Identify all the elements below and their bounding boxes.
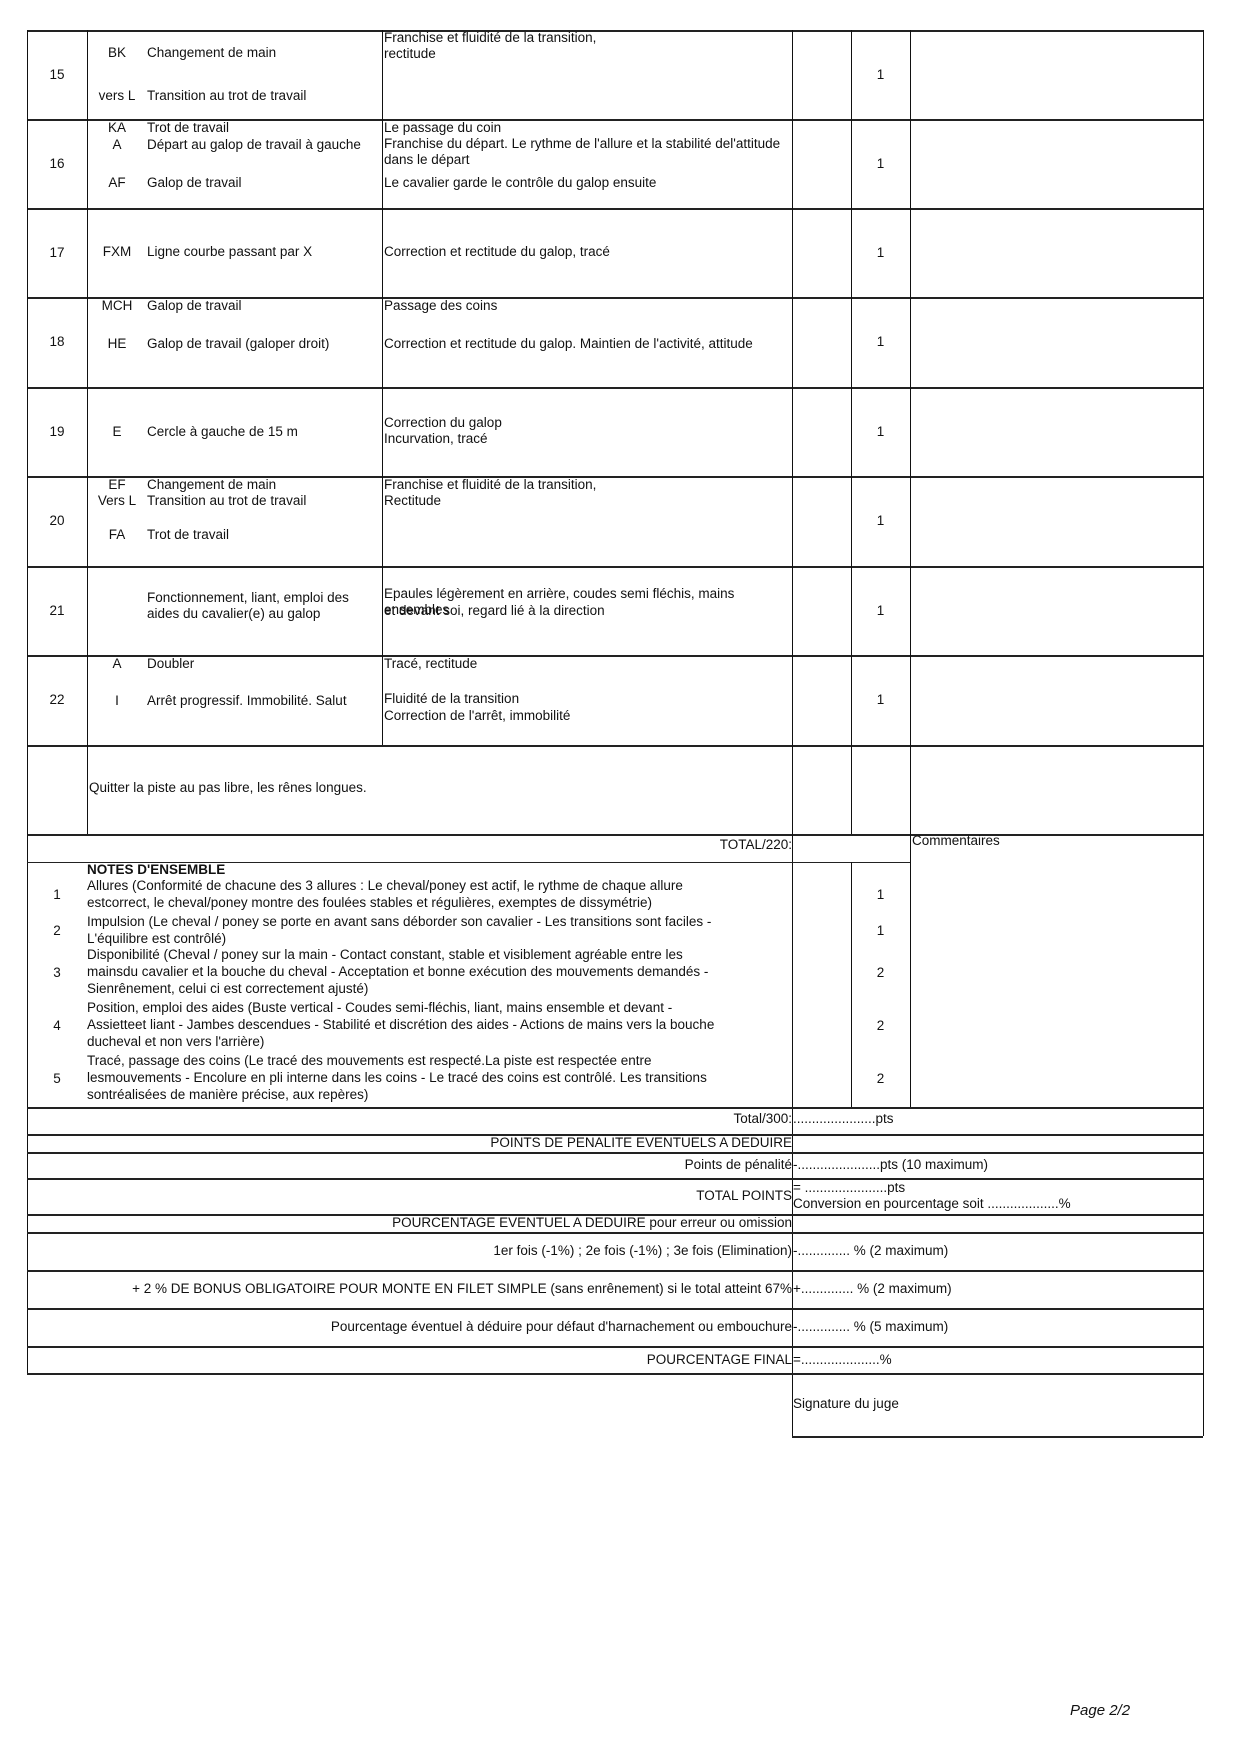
final-percentage-label: POURCENTAGE FINAL: [300, 1352, 792, 1368]
mark-input-cell[interactable]: [792, 156, 851, 172]
table-divider: [27, 1308, 1203, 1310]
arena-letter: E: [87, 424, 147, 440]
table-divider: [27, 119, 1203, 121]
remarks-cell[interactable]: [910, 657, 1203, 743]
arena-letter: FA: [87, 527, 147, 543]
remarks-cell[interactable]: [910, 210, 1203, 295]
penalty-heading: POINTS DE PENALITE EVENTUELS A DEDUIRE: [300, 1135, 792, 1151]
table-divider: [910, 834, 911, 1107]
coefficient: 1: [851, 603, 910, 619]
remarks-cell[interactable]: [910, 568, 1203, 653]
collective-mark-input[interactable]: [792, 965, 851, 981]
arena-letter: EF: [87, 477, 147, 493]
total-points-label: TOTAL POINTS: [300, 1188, 792, 1204]
collective-mark-number: 3: [27, 965, 87, 981]
table-divider: [27, 387, 1203, 389]
total-220-label: TOTAL/220:: [600, 837, 792, 853]
movement-description: Doubler: [147, 656, 379, 672]
table-divider: [27, 208, 1203, 210]
movement-number: 16: [27, 156, 87, 172]
arena-letter: Vers L: [87, 493, 147, 509]
bonus-value[interactable]: +.............. % (2 maximum): [793, 1281, 1193, 1297]
mark-input-cell[interactable]: [792, 692, 851, 708]
directive-idea: Franchise du départ. Le rythme de l'allu…: [384, 136, 792, 168]
total-300-value[interactable]: ......................pts: [793, 1111, 1193, 1127]
collective-mark-description: Position, emploi des aides (Buste vertic…: [87, 1000, 787, 1016]
movement-description: Cercle à gauche de 15 m: [147, 424, 379, 440]
coefficient: 1: [851, 692, 910, 708]
percentage-deduction-heading: POURCENTAGE EVENTUEL A DEDUIRE pour erre…: [100, 1215, 792, 1231]
directive-idea: Fluidité de la transition: [384, 691, 792, 707]
coefficient: 1: [851, 513, 910, 529]
table-divider: [87, 30, 88, 834]
collective-mark-description: Assietteet liant - Jambes descendues - S…: [87, 1017, 787, 1033]
collective-mark-description: sontréalisées de manière précise, aux re…: [87, 1087, 787, 1103]
movement-description: Ligne courbe passant par X: [147, 244, 379, 260]
directive-idea: Le cavalier garde le contrôle du galop e…: [384, 175, 792, 191]
table-divider: [27, 1346, 1203, 1348]
penalty-value[interactable]: -......................pts (10 maximum): [793, 1157, 1193, 1173]
movement-number: 15: [27, 67, 87, 83]
coefficient: 1: [851, 156, 910, 172]
movement-description: Trot de travail: [147, 120, 379, 136]
table-divider: [27, 30, 28, 1373]
arena-letter: MCH: [87, 298, 147, 314]
arena-letter: AF: [87, 175, 147, 191]
table-divider: [27, 30, 1203, 32]
mark-input-cell[interactable]: [792, 513, 851, 529]
directive-idea: Correction et rectitude du galop. Mainti…: [384, 336, 792, 352]
table-divider: [27, 476, 1203, 478]
table-divider: [851, 30, 852, 834]
movement-description: Galop de travail: [147, 298, 379, 314]
movement-number: 22: [27, 692, 87, 708]
directive-idea: Passage des coins: [384, 298, 792, 314]
directive-idea: Correction du galop: [384, 415, 792, 431]
tack-deduction-label: Pourcentage éventuel à déduire pour défa…: [100, 1319, 792, 1335]
table-divider: [27, 1107, 1203, 1109]
bonus-label: + 2 % DE BONUS OBLIGATOIRE POUR MONTE EN…: [40, 1281, 792, 1297]
tack-deduction-value[interactable]: -.............. % (5 maximum): [793, 1319, 1193, 1335]
remarks-cell[interactable]: [910, 32, 1203, 117]
arena-letter: KA: [87, 120, 147, 136]
movement-number: 20: [27, 513, 87, 529]
movement-description: Changement de main: [147, 477, 379, 493]
arena-letter: I: [87, 693, 147, 709]
collective-mark-description: ducheval et non vers l'arrière): [87, 1034, 787, 1050]
page-number: Page 2/2: [1070, 1702, 1130, 1719]
table-divider: [27, 1270, 1203, 1272]
final-percentage-value[interactable]: =.....................%: [793, 1352, 1193, 1368]
dressage-test-sheet-page: 15BKChangement de mainvers LTransition a…: [0, 0, 1240, 1755]
mark-input-cell[interactable]: [792, 603, 851, 619]
movement-description: Trot de travail: [147, 527, 379, 543]
collective-mark-description: lesmouvements - Encolure en pli interne …: [87, 1070, 787, 1086]
arena-letter: HE: [87, 336, 147, 352]
mark-input-cell[interactable]: [792, 67, 851, 83]
total-points-value[interactable]: = ......................pts: [793, 1180, 1193, 1196]
directive-idea: Correction et rectitude du galop, tracé: [384, 244, 792, 260]
collective-mark-number: 5: [27, 1071, 87, 1087]
table-divider: [27, 1232, 1203, 1234]
arena-letter: A: [87, 656, 147, 672]
collective-mark-description: Tracé, passage des coins (Le tracé des m…: [87, 1053, 787, 1069]
coefficient: 1: [851, 424, 910, 440]
collective-mark-input[interactable]: [792, 1018, 851, 1034]
directive-idea: Tracé, rectitude: [384, 656, 792, 672]
collective-mark-number: 1: [27, 887, 87, 903]
coefficient: 1: [851, 67, 910, 83]
mark-input-cell[interactable]: [792, 334, 851, 350]
directive-idea: et devant soi, regard lié à la direction: [384, 603, 792, 619]
collective-coefficient: 2: [851, 1071, 910, 1087]
collective-mark-number: 4: [27, 1018, 87, 1034]
collective-mark-description: Allures (Conformité de chacune des 3 all…: [87, 878, 787, 894]
errors-value[interactable]: -.............. % (2 maximum): [793, 1243, 1193, 1259]
movement-description: Transition au trot de travail: [147, 493, 379, 509]
collective-coefficient: 2: [851, 965, 910, 981]
directive-idea: Incurvation, tracé: [384, 431, 792, 447]
movement-description: Transition au trot de travail: [147, 88, 379, 104]
table-divider: [792, 30, 793, 1436]
directive-idea: Rectitude: [384, 493, 792, 509]
remarks-cell[interactable]: [910, 478, 1203, 564]
collective-coefficient: 1: [851, 887, 910, 903]
collective-mark-input[interactable]: [792, 887, 851, 903]
judge-signature-field[interactable]: [792, 1373, 1203, 1436]
directive-idea: Correction de l'arrêt, immobilité: [384, 708, 792, 724]
arena-letter: FXM: [87, 244, 147, 260]
total-220-input[interactable]: [792, 836, 908, 858]
collective-mark-description: Sienrênement, celui ci est correctement …: [87, 981, 787, 997]
mark-input-cell[interactable]: [792, 245, 851, 261]
movement-description: Changement de main: [147, 45, 379, 61]
collective-mark-description: Disponibilité (Cheval / poney sur la mai…: [87, 947, 787, 963]
movement-description: Galop de travail: [147, 175, 379, 191]
movement-description: Arrêt progressif. Immobilité. Salut: [147, 693, 379, 709]
movement-number: 18: [27, 334, 87, 350]
directive-idea: Le passage du coin: [384, 120, 792, 136]
table-divider: [27, 566, 1203, 568]
arena-letter: vers L: [87, 88, 147, 104]
collective-mark-description: L'équilibre est contrôlé): [87, 931, 787, 947]
movement-description: Départ au galop de travail à gauche: [147, 137, 379, 153]
directive-idea: rectitude: [384, 46, 792, 62]
collective-mark-input[interactable]: [792, 923, 851, 939]
collective-heading: NOTES D'ENSEMBLE: [87, 862, 387, 878]
table-divider: [792, 1436, 1203, 1438]
collective-mark-description: mainsdu cavalier et la bouche du cheval …: [87, 964, 787, 980]
remarks-cell[interactable]: [910, 389, 1203, 474]
collective-mark-number: 2: [27, 923, 87, 939]
arena-letter: BK: [87, 45, 147, 61]
conversion-percentage[interactable]: Conversion en pourcentage soit .........…: [793, 1196, 1193, 1212]
table-divider: [382, 30, 383, 745]
movement-number: 17: [27, 245, 87, 261]
total-300-label: Total/300:: [300, 1111, 792, 1127]
table-divider: [27, 745, 1203, 747]
directive-idea: Franchise et fluidité de la transition,: [384, 477, 792, 493]
table-divider: [910, 30, 911, 834]
penalty-label: Points de pénalité: [300, 1157, 792, 1173]
collective-mark-description: estcorrect, le cheval/poney montre des f…: [87, 895, 787, 911]
errors-label: 1er fois (-1%) ; 2e fois (-1%) ; 3e fois…: [100, 1243, 792, 1259]
table-divider: [27, 297, 1203, 299]
movement-description: Galop de travail (galoper droit): [147, 336, 379, 352]
table-divider: [27, 655, 1203, 657]
remarks-cell[interactable]: [910, 121, 1203, 206]
coefficient: 1: [851, 245, 910, 261]
collective-coefficient: 2: [851, 1018, 910, 1034]
collective-mark-input[interactable]: [792, 1071, 851, 1087]
collective-mark-description: Impulsion (Le cheval / poney se porte en…: [87, 914, 787, 930]
table-divider: [27, 1152, 1203, 1154]
movement-number: 19: [27, 424, 87, 440]
remarks-cell[interactable]: [910, 299, 1203, 385]
arena-letter: A: [87, 137, 147, 153]
coefficient: 1: [851, 334, 910, 350]
exit-instruction: Quitter la piste au pas libre, les rênes…: [89, 780, 589, 796]
comments-label: Commentaires: [912, 833, 1112, 849]
collective-coefficient: 1: [851, 923, 910, 939]
table-divider: [1203, 30, 1204, 1436]
mark-input-cell[interactable]: [792, 424, 851, 440]
directive-idea: Franchise et fluidité de la transition,: [384, 30, 792, 46]
movement-number: 21: [27, 603, 87, 619]
movement-description: Fonctionnement, liant, emploi des aides …: [147, 590, 379, 622]
